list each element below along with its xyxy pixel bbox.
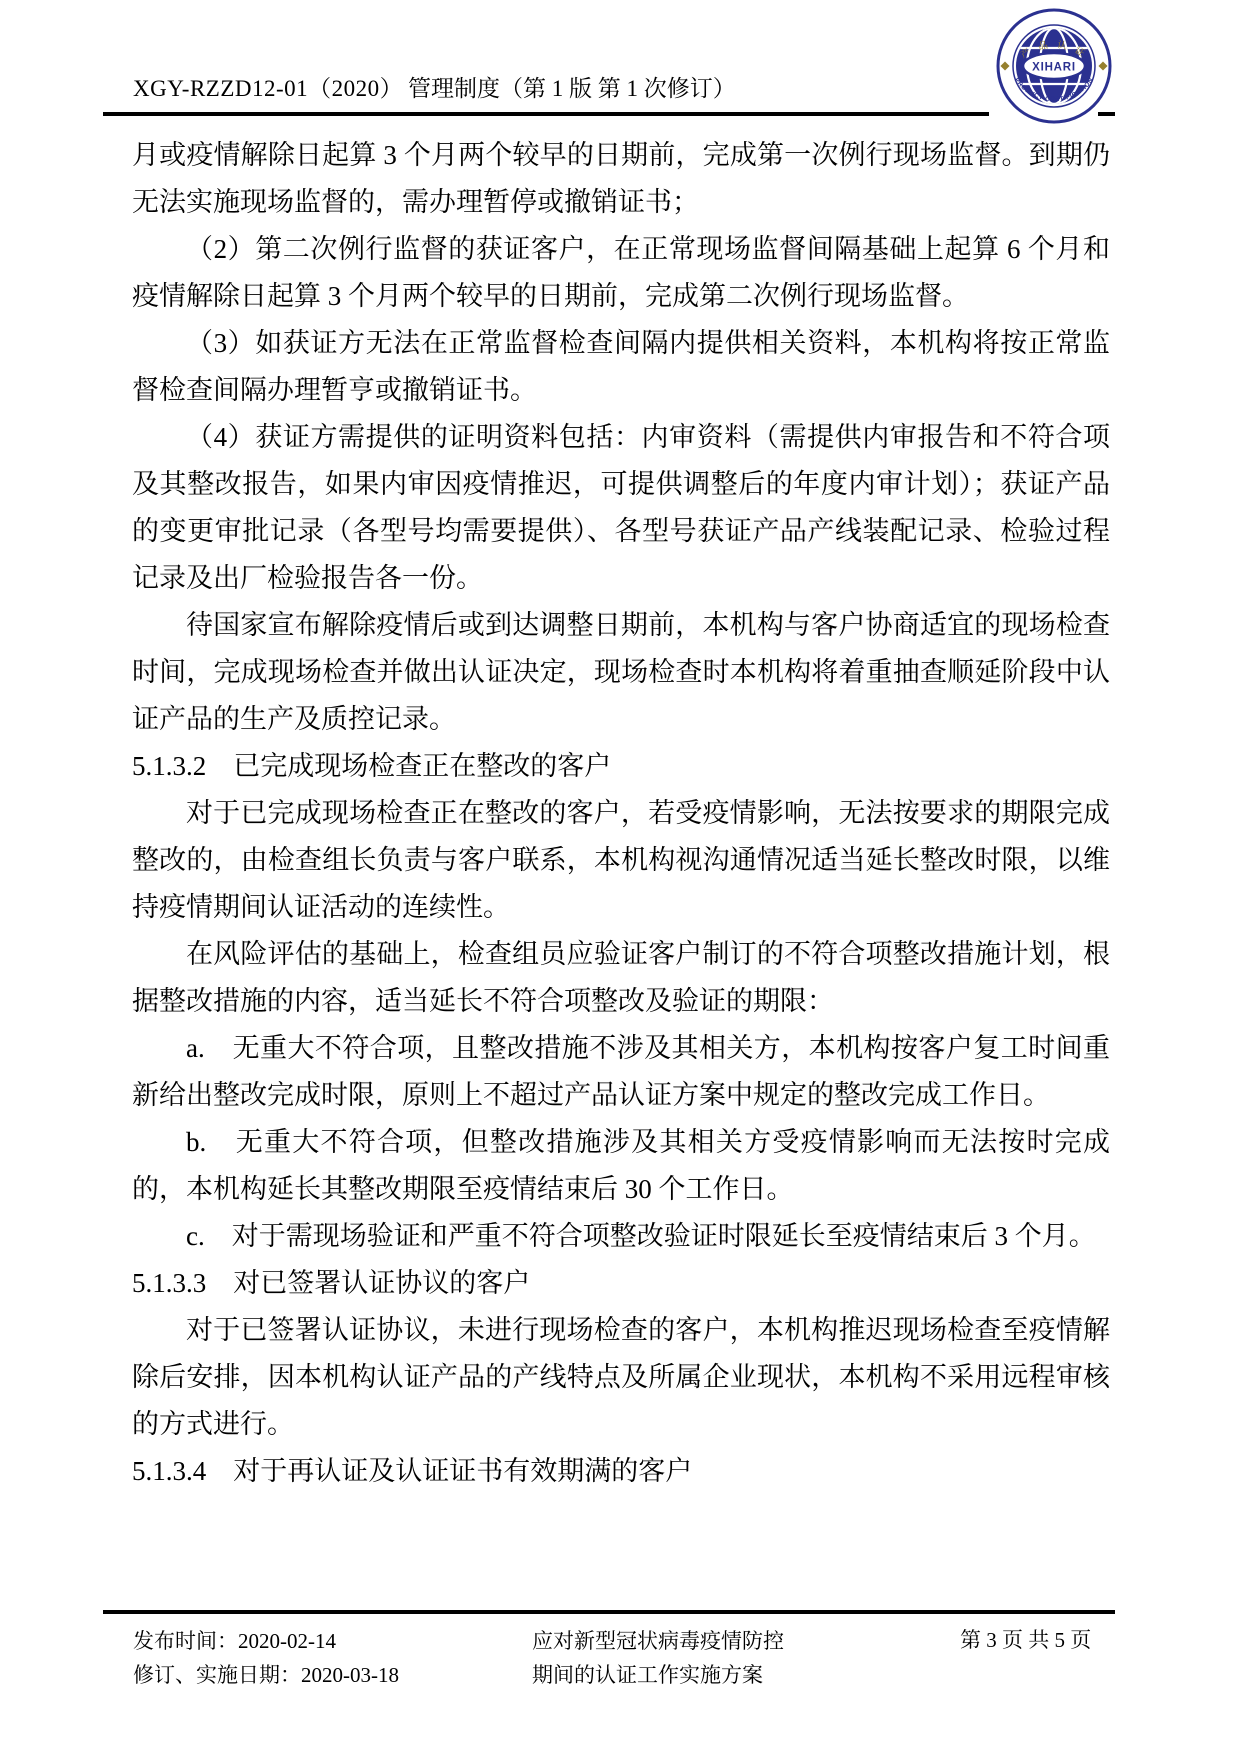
header-rule bbox=[103, 112, 989, 116]
body-paragraph: 对于已完成现场检查正在整改的客户，若受疫情影响，无法按要求的期限完成整改的，由检… bbox=[132, 790, 1110, 931]
body-paragraph: （4）获证方需提供的证明资料包括：内审资料（需提供内审报告和不符合项及其整改报告… bbox=[132, 414, 1110, 602]
body-paragraph: （3）如获证方无法在正常监督检查间隔内提供相关资料，本机构将按正常监督检查间隔办… bbox=[132, 320, 1110, 414]
section-heading: 5.1.3.3 对已签署认证协议的客户 bbox=[132, 1260, 1110, 1307]
body-paragraph: c. 对于需现场验证和严重不符合项整改验证时限延长至疫情结束后 3 个月。 bbox=[132, 1213, 1110, 1260]
section-heading: 5.1.3.4 对于再认证及认证证书有效期满的客户 bbox=[132, 1448, 1110, 1495]
body-paragraph: a. 无重大不符合项，且整改措施不涉及其相关方，本机构按客户复工时间重新给出整改… bbox=[132, 1025, 1110, 1119]
body-paragraph: b. 无重大不符合项，但整改措施涉及其相关方受疫情影响而无法按时完成的，本机构延… bbox=[132, 1119, 1110, 1213]
document-page: XGY-RZZD12-01（2020） 管理制度（第 1 版 第 1 次修订） bbox=[0, 0, 1240, 1754]
logo-svg: XIHARI 产 品 认 证 PRODUCT CERTIFICATION bbox=[994, 6, 1114, 126]
xihari-certification-logo-icon: XIHARI 产 品 认 证 PRODUCT CERTIFICATION bbox=[994, 6, 1114, 126]
section-heading: 5.1.3.2 已完成现场检查正在整改的客户 bbox=[132, 743, 1110, 790]
footer-rule bbox=[103, 1610, 1115, 1614]
logo-name: XIHARI bbox=[1032, 62, 1076, 74]
body-paragraph: 待国家宣布解除疫情后或到达调整日期前，本机构与客户协商适宜的现场检查时间，完成现… bbox=[132, 602, 1110, 743]
header-doc-type: 管理制度（第 1 版 第 1 次修订） bbox=[408, 70, 736, 103]
body-paragraph: （2）第二次例行监督的获证客户，在正常现场监督间隔基础上起算 6 个月和疫情解除… bbox=[132, 226, 1110, 320]
footer-doc-title-line1: 应对新型冠状病毒疫情防控 bbox=[532, 1624, 784, 1658]
footer-release-date: 发布时间：2020-02-14 bbox=[133, 1624, 399, 1658]
footer-doc-title-line2: 期间的认证工作实施方案 bbox=[532, 1658, 784, 1692]
footer-revision-date: 修订、实施日期：2020-03-18 bbox=[133, 1658, 399, 1692]
footer-page-number: 第 3 页 共 5 页 bbox=[960, 1624, 1091, 1654]
header-doc-number: XGY-RZZD12-01（2020） bbox=[133, 70, 403, 103]
body-paragraph: 在风险评估的基础上，检查组员应验证客户制订的不符合项整改措施计划，根据整改措施的… bbox=[132, 931, 1110, 1025]
footer-doc-title: 应对新型冠状病毒疫情防控 期间的认证工作实施方案 bbox=[532, 1624, 784, 1692]
body-paragraph: 对于已签署认证协议，未进行现场检查的客户，本机构推迟现场检查至疫情解除后安排，因… bbox=[132, 1307, 1110, 1448]
footer-dates: 发布时间：2020-02-14 修订、实施日期：2020-03-18 bbox=[133, 1624, 399, 1692]
document-body: 月或疫情解除日起算 3 个月两个较早的日期前，完成第一次例行现场监督。到期仍无法… bbox=[132, 132, 1110, 1495]
body-paragraph: 月或疫情解除日起算 3 个月两个较早的日期前，完成第一次例行现场监督。到期仍无法… bbox=[132, 132, 1110, 226]
